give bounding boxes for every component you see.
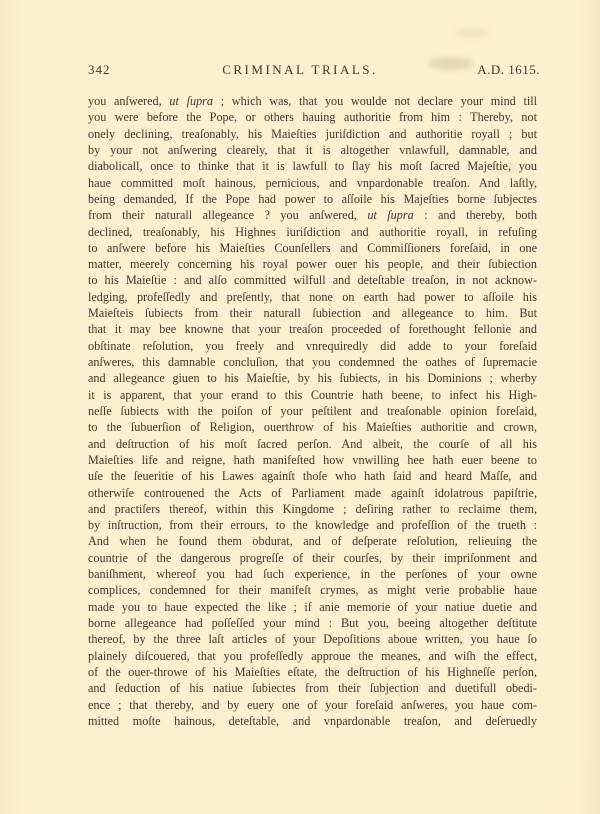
text-line: obſtinate reſolution, you freely and vnr… xyxy=(88,338,537,354)
text-segment: ; which was, that you woulde not declare… xyxy=(213,94,537,108)
text-line: Maieſteis ſubiects from their naturall ſ… xyxy=(88,305,537,321)
text-line: and allegeance giuen to his Maieſtie, by… xyxy=(88,370,537,386)
text-line: to his Maieſtie : and alſo committed wil… xyxy=(88,272,537,288)
body-text: you anſwered, ut ſupra ; which was, that… xyxy=(88,93,537,729)
text-line: complices, condemned for their manifeſt … xyxy=(88,582,537,598)
text-line: thereof, by the three laſt articles of y… xyxy=(88,631,537,647)
text-line: you were before the Pope, or others haui… xyxy=(88,109,537,125)
text-line: you anſwered, ut ſupra ; which was, that… xyxy=(88,93,537,109)
text-line: matter, meerely concerning his royal pow… xyxy=(88,256,537,272)
stain-mark xyxy=(455,28,489,38)
text-line: diabolicall, once to thinke that it is l… xyxy=(88,158,537,174)
text-line: and ſeduction of his natiue ſubiectes fr… xyxy=(88,680,537,696)
text-line: baniſhment, whereof you had ſuch experie… xyxy=(88,566,537,582)
text-line: otherwiſe controuened the Acts of Parlia… xyxy=(88,485,537,501)
text-line: it is apparent, that your erand to this … xyxy=(88,387,537,403)
italic-phrase: ut ſupra xyxy=(169,94,213,108)
text-line: from their naturall allegeance ? you anſ… xyxy=(88,207,537,223)
text-line: borne allegeance had poſſeſſed your mind… xyxy=(88,615,537,631)
document-page: 342 CRIMINAL TRIALS. A.D. 1615. you anſw… xyxy=(0,0,600,814)
text-line: ence ; that thereby, and by euery one of… xyxy=(88,697,537,713)
text-segment: you anſwered, xyxy=(88,94,169,108)
text-line: onely declining, treaſonably, his Maieſt… xyxy=(88,126,537,142)
italic-phrase: ut ſupra xyxy=(367,208,413,222)
text-line: and practiſers thereof, within this King… xyxy=(88,501,537,517)
text-line: that it may bee knowne that your treaſon… xyxy=(88,321,537,337)
text-line: and deſtruction of his moſt ſacred perſo… xyxy=(88,436,537,452)
text-line: to the ſubuerſion of Religion, ouerthrow… xyxy=(88,419,537,435)
text-line: made you to haue expected the like ; if … xyxy=(88,599,537,615)
text-line: anſweres, this damnable concluſion, that… xyxy=(88,354,537,370)
text-line: neſſe ſubiects with the poiſon of your p… xyxy=(88,403,537,419)
text-line: Maieſties life and reigne, hath manifeſt… xyxy=(88,452,537,468)
text-line: mitted moſte hainous, deteſtable, and vn… xyxy=(88,713,537,729)
text-segment: from their naturall allegeance ? you anſ… xyxy=(88,208,367,222)
text-segment: : and thereby, both xyxy=(414,208,537,222)
text-line: haue committed moſt hainous, pernicious,… xyxy=(88,175,537,191)
date-heading: A.D. 1615. xyxy=(477,62,540,78)
text-line: And when he found them obdurat, and of d… xyxy=(88,533,537,549)
text-line: ledging, profeſſedly and preſently, that… xyxy=(88,289,537,305)
text-line: countrie of the dangerous progreſſe of t… xyxy=(88,550,537,566)
text-line: plainely diſcouered, that you profeſſedl… xyxy=(88,648,537,664)
text-line: declined, treaſonably, his Highnes iuriſ… xyxy=(88,224,537,240)
page-header: 342 CRIMINAL TRIALS. A.D. 1615. xyxy=(0,62,600,80)
text-line: being demanded, If the Pope had power to… xyxy=(88,191,537,207)
text-line: by inſtruction, from their errours, to t… xyxy=(88,517,537,533)
text-line: uſe the ſeueritie of his Lawes againſt t… xyxy=(88,468,537,484)
text-line: of the ouer-throwe of his Maieſties eſta… xyxy=(88,664,537,680)
text-line: by your not anſwering clearely, that it … xyxy=(88,142,537,158)
text-line: to anſwere before his Maieſties Counſell… xyxy=(88,240,537,256)
